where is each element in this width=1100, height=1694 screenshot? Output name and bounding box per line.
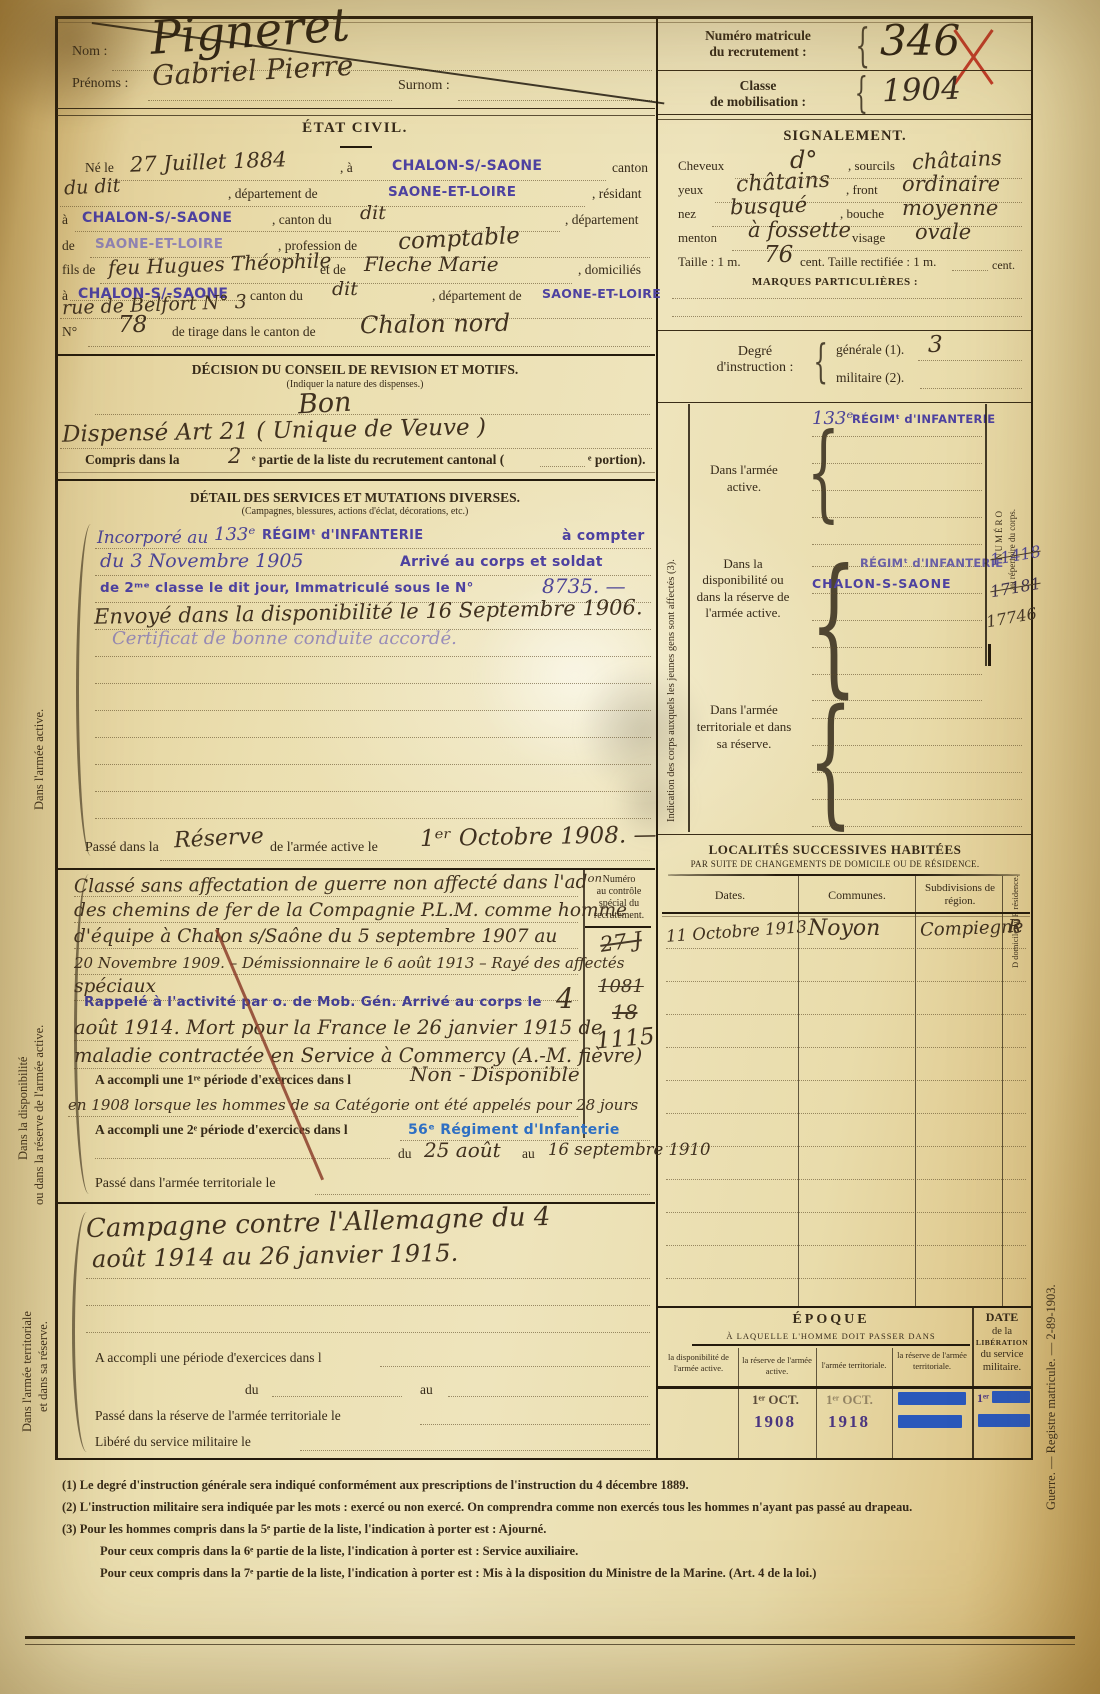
departement-label: , département [565, 212, 638, 228]
canton-value: du dit [63, 175, 120, 200]
epoque-col4-header: la réserve de l'armée territoriale. [894, 1350, 970, 1373]
ink-redaction-bar [898, 1392, 966, 1405]
section-bracket [76, 524, 103, 856]
no-label: N° [62, 324, 77, 340]
ruled-line [812, 436, 982, 437]
localites-col-dates: Dates. [664, 888, 796, 903]
corps-s1-label: Dans l'armée active. [692, 462, 796, 496]
domicilies-label: , domiciliés [578, 262, 641, 278]
regiment-stamp: RÉGIMᵗ d'INFANTERIE [262, 528, 423, 543]
nez-label: nez [678, 206, 696, 222]
ruled-line [812, 463, 982, 464]
a-compter-stamp: à compter [562, 528, 645, 544]
footnote-4: Pour ceux compris dans la 6ᵉ partie de l… [100, 1544, 578, 1559]
epoque-title: ÉPOQUE [690, 1312, 972, 1328]
brace: { [810, 550, 858, 700]
epoque-col3-header: l'armée territoriale. [818, 1360, 890, 1371]
ruled-line [60, 448, 652, 449]
dept-stamp: SAONE-ET-LOIRE [388, 184, 516, 200]
yeux-label: yeux [678, 182, 703, 198]
epoque-reserve-active-date-2: 1908 [754, 1412, 796, 1432]
ruled-line [666, 1278, 1026, 1279]
ruled-line [812, 718, 1022, 719]
ruled-line [74, 974, 578, 975]
canton-du-value: dit [360, 202, 386, 224]
decision-title: DÉCISION DU CONSEIL DE REVISION ET MOTIF… [110, 362, 600, 378]
degre-generale-label: générale (1). [836, 342, 904, 358]
campagne-line-1: Campagne contre l'Allemagne du 4 [86, 1202, 551, 1244]
periode1-note: en 1908 lorsque les hommes de sa Catégor… [68, 1096, 638, 1114]
margin-label-territoriale-2: et dans sa réserve. [36, 1321, 51, 1412]
accompli-periode-label: A accompli une période d'exercices dans … [95, 1350, 322, 1366]
etat-civil-title: ÉTAT CIVIL. [200, 120, 510, 137]
header-rule-2 [57, 115, 655, 116]
periode2-label: A accompli une 2ᵉ période d'exercices da… [95, 1122, 348, 1138]
prenoms-label: Prénoms : [72, 76, 128, 92]
frame-right [1031, 16, 1033, 1460]
surnom-label: Surnom : [398, 78, 450, 94]
brace: { [855, 72, 868, 114]
localites-vline [1002, 876, 1003, 1306]
pere-value: feu Hugues Théophile [108, 248, 332, 280]
taille-value: 76 [764, 242, 793, 268]
corps-s1-stamp: RÉGIMᵗ d'INFANTERIE [852, 412, 995, 426]
ruled-line [666, 1047, 1026, 1048]
ruled-line [666, 1212, 1026, 1213]
section-rule [658, 402, 1031, 403]
ruled-line [95, 548, 651, 549]
affectation-line-4: 20 Novembre 1909. – Démissionnaire le 6 … [74, 954, 625, 972]
section-rule [57, 354, 655, 356]
nom-label: Nom : [72, 44, 107, 60]
column-divider [656, 16, 658, 1460]
classe-value: 1904 [881, 71, 961, 110]
rappele-stamp: Rappelé à l'activité par o. de Mob. Gén.… [84, 994, 542, 1010]
ruled-line [315, 1194, 650, 1195]
footnote-2: (2) L'instruction militaire sera indiqué… [62, 1500, 912, 1515]
controle-header-rule [585, 926, 651, 928]
affectation-line-1: Classé sans affectation de guerre non af… [74, 872, 602, 898]
frame-left [55, 16, 58, 1460]
corps-s2-label: Dans la disponibilité ou dans la réserve… [690, 556, 796, 621]
ruled-line [74, 922, 578, 923]
ruled-line [74, 1040, 578, 1041]
ruled-line [812, 490, 982, 491]
ruled-line [812, 620, 982, 621]
ruled-line [108, 180, 606, 181]
passe-reserve-label-2: de l'armée active le [270, 840, 378, 856]
degre-label: Degréd'instruction : [700, 344, 810, 376]
res-place-stamp: CHALON-S/-SAONE [82, 210, 232, 226]
ruled-line [666, 981, 1026, 982]
departement-de2-label: , département de [432, 288, 522, 304]
ruled-line [95, 1158, 390, 1159]
repertoire-tick [988, 644, 991, 666]
epoque-liberation-date-1: 1ᵉʳ [977, 1391, 989, 1406]
ruled-line [148, 100, 392, 101]
visage-value: ovale [915, 220, 971, 244]
ruled-line [95, 656, 651, 657]
epoque-territoriale-date-2: 1918 [828, 1412, 870, 1432]
ruled-line [812, 826, 1022, 827]
section-rule [57, 479, 655, 481]
rappele-date-hw: 4 [556, 982, 574, 1015]
frame-bottom [55, 1458, 1033, 1460]
footnote-1: (1) Le degré d'instruction générale sera… [62, 1478, 689, 1493]
ruled-line [95, 683, 651, 684]
page-bottom-rule-2 [25, 1644, 1075, 1645]
footnote-5: Pour ceux compris dans la 7ᵉ partie de l… [100, 1566, 816, 1581]
nez-value: busqué [730, 193, 808, 220]
services-title: DÉTAIL DES SERVICES ET MUTATIONS DIVERSE… [90, 490, 620, 506]
ruled-line [95, 818, 651, 819]
epoque-reserve-active-date-1: 1ᵉʳ OCT. [752, 1392, 799, 1408]
ruled-line [86, 1278, 650, 1279]
fils-de-label: fils de [62, 262, 95, 278]
ruled-line [420, 1424, 650, 1425]
controle-number: 18 [612, 1000, 637, 1024]
ruled-line [70, 300, 245, 301]
localites-title: LOCALITÉS SUCCESSIVES HABITÉES [680, 842, 990, 858]
dept2-stamp: SAONE-ET-LOIRE [95, 236, 223, 252]
profession-value: comptable [397, 223, 520, 255]
canton-du-label: , canton du [272, 212, 332, 228]
et-de-label: et de [320, 262, 346, 278]
decision-mention: Bon [297, 387, 352, 421]
margin-label-disponibilite-1: Dans la disponibilité [16, 1057, 31, 1160]
services-subtitle: (Campagnes, blessures, actions d'éclat, … [90, 506, 620, 517]
title-underline [340, 146, 372, 148]
au-label: au [522, 1146, 535, 1162]
ruled-line [60, 318, 652, 319]
section-rule [658, 834, 1031, 835]
ruled-line [672, 298, 1022, 299]
du-value: 25 août [424, 1138, 501, 1162]
ruled-line [95, 791, 651, 792]
canton-du2-label: canton du [250, 288, 303, 304]
ruled-line [95, 737, 651, 738]
ruled-line [448, 1396, 648, 1397]
sourcils-value: châtains [911, 146, 1002, 175]
matricule-divider [658, 70, 1031, 71]
ruled-line [812, 772, 1022, 773]
matricule-bottom [658, 114, 1031, 115]
localites-col-subdivisions: Subdivisions de région. [918, 882, 1002, 908]
section-rule [57, 1202, 655, 1204]
compris-label-3: ᵉ portion). [588, 452, 646, 468]
ruled-line [666, 1179, 1026, 1180]
birth-place-stamp: CHALON-S/-SAONE [392, 158, 542, 174]
epoque-vline [892, 1348, 893, 1458]
ruled-line [812, 517, 982, 518]
epoque-rule [692, 1344, 970, 1346]
ruled-line [95, 764, 651, 765]
ruled-line [68, 1116, 578, 1117]
ruled-line [86, 1332, 650, 1333]
birth-date: 27 Juillet 1884 [130, 147, 287, 176]
ink-redaction-bar [992, 1391, 1030, 1403]
ruled-line [812, 647, 982, 648]
corps-s2-stamp-ville: CHALON-S-SAONE [812, 576, 952, 591]
ruled-line [812, 799, 1022, 800]
corps-s3-label: Dans l'armée territoriale et dans sa rés… [692, 702, 796, 753]
taille-cent-label: cent. [992, 258, 1015, 273]
epoque-vline [738, 1348, 739, 1458]
periode1-value: Non - Disponible [410, 1062, 580, 1086]
repertoire-number: 17181 [989, 574, 1042, 602]
mort-line-1: août 1914. Mort pour la France le 26 jan… [74, 1016, 602, 1039]
au-value: 16 septembre 1910 [548, 1140, 711, 1159]
footnote-3: (3) Pour les hommes compris dans la 5ᵉ p… [62, 1522, 546, 1537]
epoque-subtitle: À LAQUELLE L'HOMME DOIT PASSER DANS [690, 1331, 972, 1341]
mere-value: Fleche Marie [364, 252, 499, 276]
decision-subtitle: (Indiquer la nature des dispenses.) [110, 379, 600, 390]
residant-label: , résidant [592, 186, 642, 202]
du-label: du [245, 1382, 259, 1398]
ruled-line [95, 710, 651, 711]
localites-vline [798, 876, 799, 1306]
controle-number: 1081 [598, 976, 644, 997]
margin-label-territoriale-1: Dans l'armée territoriale [20, 1311, 35, 1432]
ruled-line [666, 1113, 1026, 1114]
ruled-line [666, 1146, 1026, 1147]
front-value: ordinaire [902, 172, 1000, 196]
brace: { [813, 338, 828, 384]
marques-label: MARQUES PARTICULIÈRES : [700, 276, 970, 288]
signalement-title: SIGNALEMENT. [730, 128, 960, 145]
menton-label: menton [678, 230, 717, 246]
localites-vline [915, 876, 916, 1306]
corps-s1-number: 133ᵉ [812, 408, 853, 429]
section-rule [658, 1306, 1031, 1308]
ink-redaction-bar [978, 1414, 1030, 1427]
registre-matricule-page: Nom : Pigneret Prénoms : Gabriel Pierre … [0, 0, 1100, 1694]
ruled-line [920, 388, 1022, 389]
classe-stamp-line: de 2ᵐᵉ classe le dit jour, Immatriculé s… [100, 580, 474, 596]
tirage-canton: Chalon nord [360, 309, 511, 340]
brace: { [808, 692, 853, 832]
visage-label: visage [852, 230, 885, 246]
localites-row-date: 11 Octobre 1913 [666, 917, 808, 946]
canton-du2-value: dit [332, 278, 358, 300]
degre-generale-value: 3 [928, 332, 943, 358]
localites-col-communes: Communes. [800, 888, 914, 903]
matricule-corps-value: 8735. — [542, 574, 626, 598]
ruled-line [86, 1305, 650, 1306]
margin-registre-text: Guerre. — Registre matricule. — 2-89-190… [1044, 1284, 1059, 1510]
brace: { [855, 22, 870, 68]
ruled-line [74, 948, 578, 949]
certificat-stamp: Certificat de bonne conduite accordé. [112, 628, 457, 649]
ruled-line [666, 1014, 1026, 1015]
du-label: du [398, 1146, 412, 1162]
ruled-line [60, 206, 585, 207]
corps-s2-stamp-regiment: RÉGIMᵗ d'INFANTERIE [860, 556, 1003, 570]
matricule-value: 346 [880, 16, 960, 65]
ruled-line [812, 674, 982, 675]
localites-rule [668, 874, 1020, 876]
tirage-label: de tirage dans le canton de [172, 324, 316, 340]
localites-header-rule [662, 912, 1030, 914]
dept3-stamp: SAONE-ET-LOIRE [542, 286, 661, 301]
matricule-label: Numéro matricule du recrutement : [668, 28, 848, 60]
epoque-territoriale-date-1: 1ᵉʳ OCT. [826, 1392, 873, 1408]
ruled-line [672, 316, 1022, 317]
a-label: , à [340, 160, 353, 176]
controle-number: 27 J [599, 927, 644, 957]
taille-rectifiee-label: cent. Taille rectifiée : 1 m. [800, 254, 936, 270]
localites-subtitle: PAR SUITE DE CHANGEMENTS DE DOMICILE OU … [670, 859, 1000, 869]
passe-reserve-label: Passé dans la [85, 840, 159, 856]
periode2-regiment-stamp: 56ᵉ Régiment d'Infanterie [408, 1122, 620, 1138]
ruled-line [666, 1245, 1026, 1246]
compris-label: Compris dans la [85, 452, 180, 468]
campagne-line-2: août 1914 au 26 janvier 1915. [92, 1239, 459, 1273]
section-rule [57, 868, 655, 870]
de-label: de [62, 238, 75, 254]
passe-reserve-territoriale-label: Passé dans la réserve de l'armée territo… [95, 1408, 341, 1424]
ne-le-label: Né le [85, 160, 114, 176]
passe-territoriale-label: Passé dans l'armée territoriale le [95, 1176, 276, 1192]
ruled-line [812, 593, 982, 594]
bouche-value: moyenne [902, 196, 998, 220]
margin-label-indication-corps: Indication des corps auxquels les jeunes… [666, 559, 677, 822]
epoque-date-col-header: DATE de la LIBÉRATION du service militai… [974, 1310, 1030, 1374]
compris-num: 2 [228, 444, 241, 468]
ruled-line [95, 414, 650, 415]
degre-militaire-label: militaire (2). [836, 370, 904, 386]
canton-label: canton [612, 160, 648, 176]
header-rule [57, 108, 655, 109]
ruled-line [88, 346, 650, 347]
ruled-line [272, 1396, 402, 1397]
departement-de-label: , département de [228, 186, 318, 202]
ruled-line [918, 360, 1022, 361]
ruled-line [666, 1080, 1026, 1081]
epoque-header-rule [658, 1386, 1031, 1389]
epoque-col2-header: la réserve de l'armée active. [740, 1355, 814, 1378]
ruled-line [57, 472, 655, 473]
ruled-line [952, 270, 988, 271]
localites-row-commune: Noyon [808, 916, 880, 941]
decision-dispense: Dispensé Art 21 ( Unique de Veuve ) [62, 414, 486, 447]
section-rule [658, 330, 1031, 331]
incorpore-entry: Incorporé au [97, 528, 208, 548]
a2-label: à [62, 212, 68, 228]
affectation-line-3: d'équipe à Chalon s/Saône du 5 septembre… [74, 926, 557, 947]
ruled-line [74, 896, 578, 897]
ruled-line [812, 745, 1022, 746]
cheveux-label: Cheveux [678, 158, 724, 174]
classe-label: Classe de mobilisation : [668, 78, 848, 110]
compris-label-2: ᵉ partie de la liste du recrutement cant… [252, 452, 504, 468]
ruled-line [540, 466, 585, 467]
tirage-no: 78 [118, 312, 147, 338]
au-label: au [420, 1382, 433, 1398]
localites-row-dr: R [1008, 916, 1022, 937]
sourcils-label: , sourcils [848, 158, 895, 174]
matricule-bottom-2 [658, 119, 1031, 120]
epoque-vline [816, 1348, 817, 1458]
date-incorporation: du 3 Novembre 1905 [100, 550, 304, 572]
regiment-number: 133ᵉ [214, 524, 255, 545]
ruled-line [666, 948, 1026, 949]
ruled-line [458, 100, 652, 101]
epoque-col1-header: la disponibilité de l'armée active. [661, 1352, 736, 1375]
taille-label: Taille : 1 m. [678, 254, 741, 270]
margin-label-disponibilite-2: ou dans la réserve de l'armée active. [32, 1025, 47, 1205]
affectation-line-2: des chemins de fer de la Compagnie P.L.M… [74, 900, 627, 921]
arrive-stamp: Arrivé au corps et soldat [400, 554, 603, 570]
front-label: , front [846, 182, 878, 198]
ruled-line [160, 860, 650, 861]
passe-reserve-hw: Réserve [173, 824, 264, 854]
periode1-label: A accompli une 1ʳᵉ période d'exercices d… [95, 1072, 351, 1088]
libere-label: Libéré du service militaire le [95, 1434, 251, 1450]
margin-label-armee-active: Dans l'armée active. [32, 709, 47, 810]
ruled-line [300, 1450, 650, 1451]
ruled-line [380, 1366, 650, 1367]
page-bottom-rule [25, 1636, 1075, 1639]
passe-reserve-date: 1ᵉʳ Octobre 1908. — [420, 822, 657, 852]
ink-redaction-bar [898, 1415, 962, 1428]
menton-value: à fossette [748, 218, 851, 242]
